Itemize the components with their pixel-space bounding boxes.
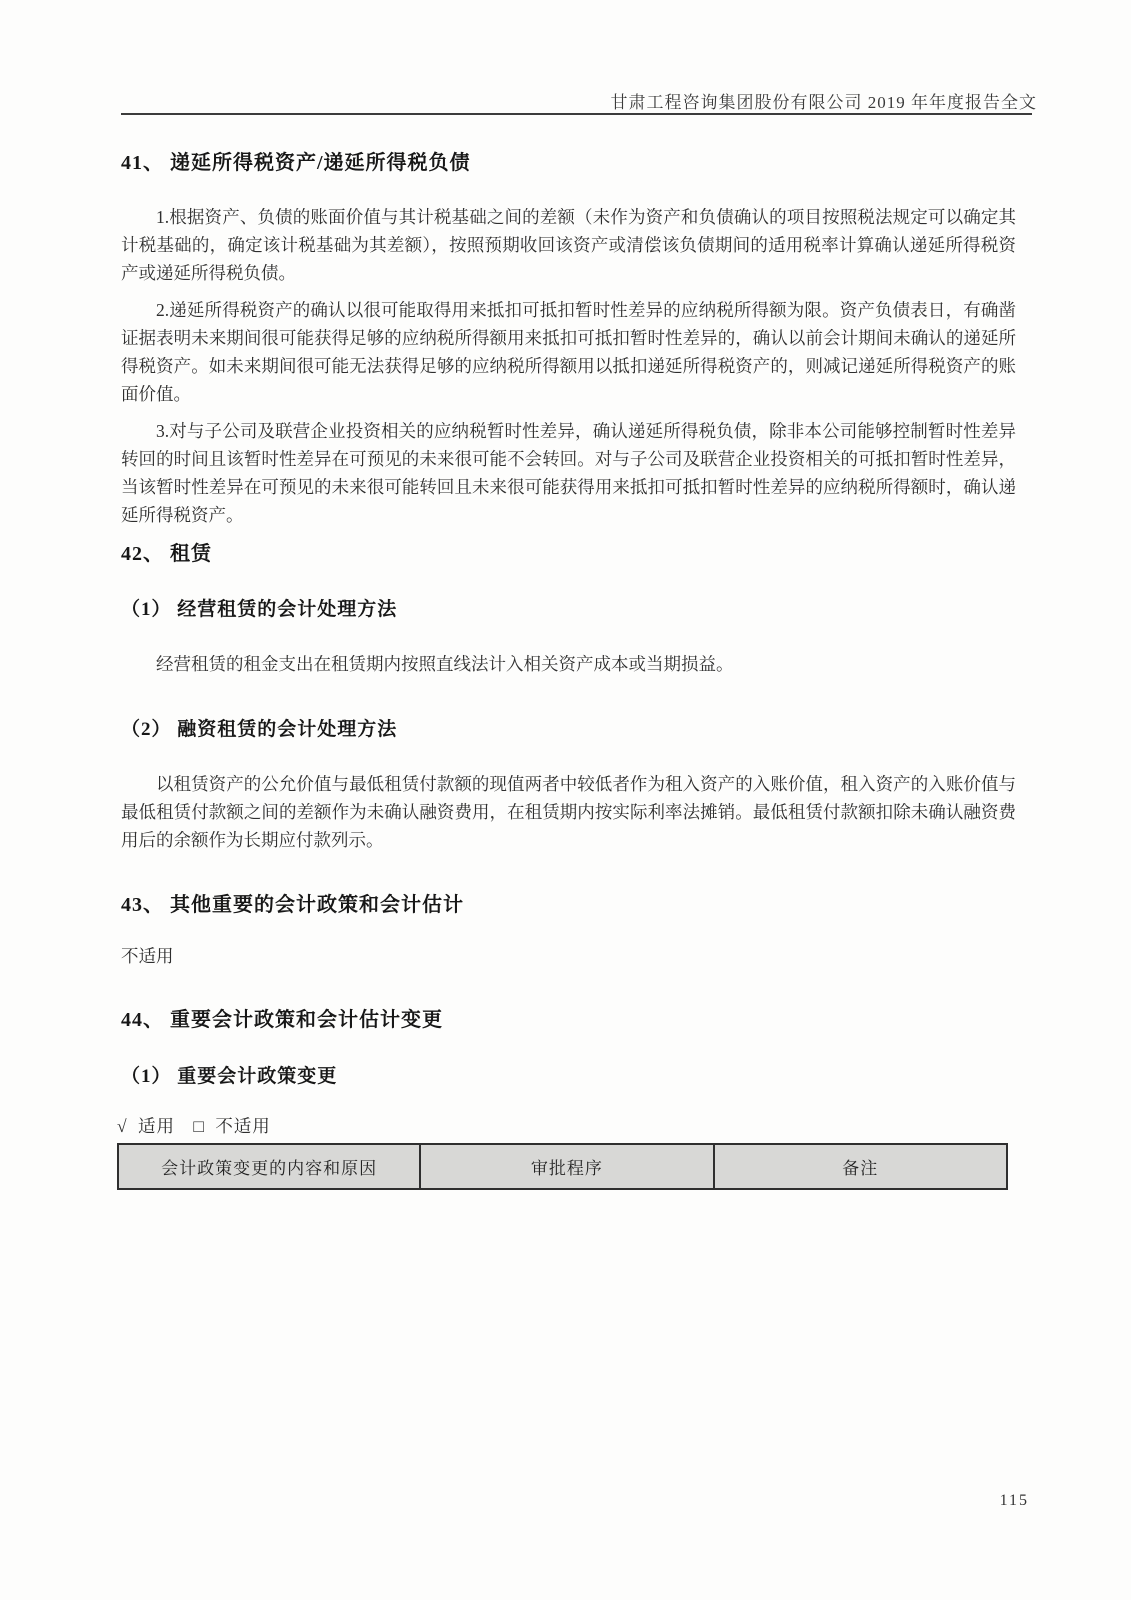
table-header-remarks: 备注 — [714, 1144, 1007, 1189]
section-44-title: 44、 重要会计政策和会计估计变更 — [121, 1003, 1030, 1032]
not-applicable-label: 不适用 — [215, 1116, 271, 1136]
section-44-sub1-title: （1） 重要会计政策变更 — [121, 1061, 1030, 1088]
check-mark-icon: √ — [117, 1116, 127, 1136]
section-41-paragraph-1: 1.根据资产、负债的账面价值与其计税基础之间的差额（未作为资产和负债确认的项目按… — [121, 203, 1016, 287]
table-header-row: 会计政策变更的内容和原因 审批程序 备注 — [118, 1144, 1007, 1189]
applicable-label: 适用 — [138, 1116, 175, 1136]
header-title: 甘肃工程咨询集团股份有限公司 2019 年年度报告全文 — [611, 93, 1038, 112]
section-43-not-applicable-text: 不适用 — [121, 943, 1030, 968]
section-42-sub2-body: 以租赁资产的公允价值与最低租赁付款额的现值两者中较低者作为租入资产的入账价值，租… — [121, 770, 1016, 863]
policy-change-table: 会计政策变更的内容和原因 审批程序 备注 — [117, 1143, 1008, 1190]
section-42-title: 42、 租赁 — [121, 537, 1030, 566]
page-number: 115 — [1000, 1492, 1029, 1510]
section-42-sub2-title: （2） 融资租赁的会计处理方法 — [121, 714, 1030, 741]
applicability-line: √ 适用 □ 不适用 — [117, 1113, 285, 1138]
section-41-paragraph-2: 2.递延所得税资产的确认以很可能取得用来抵扣可抵扣暂时性差异的应纳税所得额为限。… — [121, 296, 1016, 408]
empty-checkbox-icon: □ — [193, 1116, 204, 1136]
section-42-sub1-body: 经营租赁的租金支出在租赁期内按照直线法计入相关资产成本或当期损益。 — [121, 650, 1016, 687]
document-page: 甘肃工程咨询集团股份有限公司 2019 年年度报告全文 41、 递延所得税资产/… — [0, 0, 1131, 1600]
section-41-title: 41、 递延所得税资产/递延所得税负债 — [121, 146, 1030, 175]
section-41-paragraph-3: 3.对与子公司及联营企业投资相关的应纳税暂时性差异，确认递延所得税负债，除非本公… — [121, 417, 1016, 529]
table-header-content-reason: 会计政策变更的内容和原因 — [118, 1144, 420, 1189]
section-42-sub1-title: （1） 经营租赁的会计处理方法 — [121, 594, 1030, 621]
header-rule — [121, 113, 1032, 115]
document-header: 甘肃工程咨询集团股份有限公司 2019 年年度报告全文 — [121, 88, 1037, 113]
section-42-sub2-paragraph: 以租赁资产的公允价值与最低租赁付款额的现值两者中较低者作为租入资产的入账价值，租… — [121, 770, 1016, 854]
section-43-title: 43、 其他重要的会计政策和会计估计 — [121, 888, 1030, 917]
section-42-sub1-paragraph: 经营租赁的租金支出在租赁期内按照直线法计入相关资产成本或当期损益。 — [121, 650, 1016, 678]
section-41-body: 1.根据资产、负债的账面价值与其计税基础之间的差额（未作为资产和负债确认的项目按… — [121, 203, 1016, 538]
table-header-approval-procedure: 审批程序 — [420, 1144, 713, 1189]
